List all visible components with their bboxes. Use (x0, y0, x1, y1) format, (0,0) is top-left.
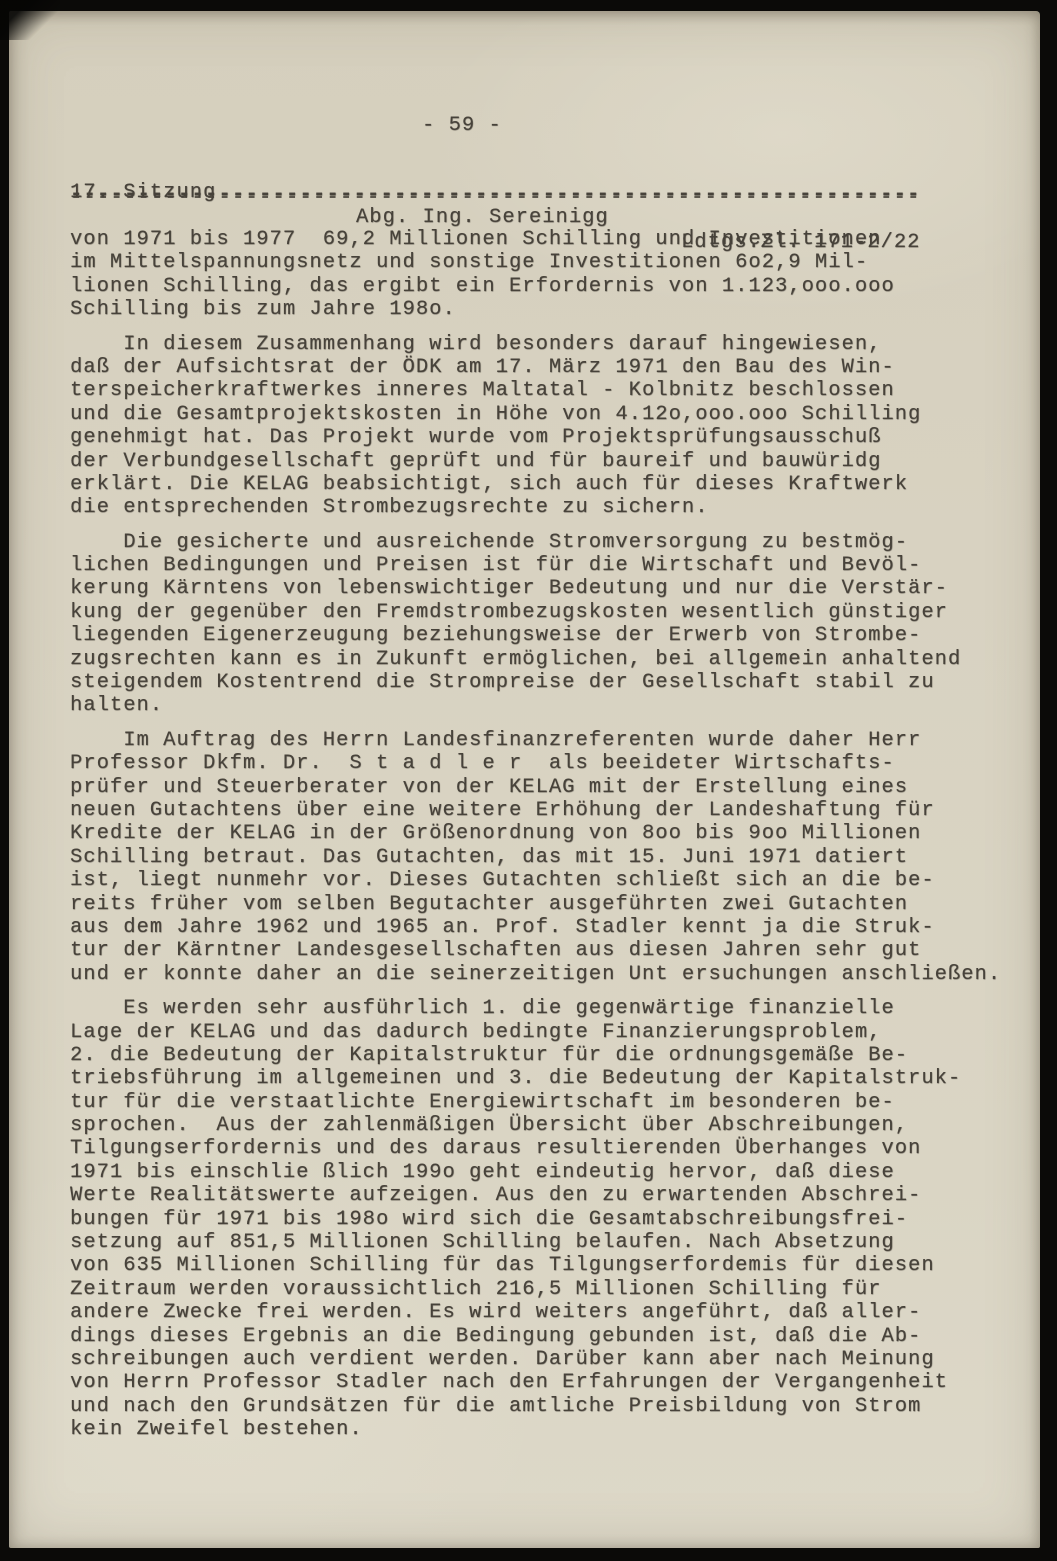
text-line: Im Auftrag des Herrn Landesfinanzreferen… (70, 729, 1022, 752)
text-line: und nach den Grundsätzen für die amtlich… (70, 1395, 1022, 1418)
text-line: kung der gegenüber den Fremdstrombezugsk… (70, 601, 1022, 624)
text-line: aus dem Jahre 1962 und 1965 an. Prof. St… (70, 916, 1022, 939)
text-line: In diesem Zusammenhang wird besonders da… (70, 333, 1022, 356)
text-line: Es werden sehr ausführlich 1. die gegenw… (70, 997, 1022, 1020)
paragraph: Es werden sehr ausführlich 1. die gegenw… (70, 997, 1022, 1441)
text-line: sprochen. Aus der zahlenmäßigen Übersich… (70, 1114, 1022, 1137)
text-line: kein Zweifel bestehen. (70, 1418, 1022, 1441)
text-line: schreibungen auch verdient werden. Darüb… (70, 1348, 1022, 1371)
text-line: Kredite der KELAG in der Größenordnung v… (70, 822, 1022, 845)
text-line: prüfer und Steuerberater von der KELAG m… (70, 776, 1022, 799)
text-line: Die gesicherte und ausreichende Stromver… (70, 531, 1022, 554)
text-line: Werte Realitätswerte aufzeigen. Aus den … (70, 1184, 1022, 1207)
paragraph: In diesem Zusammenhang wird besonders da… (70, 333, 1022, 520)
paragraph: Die gesicherte und ausreichende Stromver… (70, 531, 1022, 718)
text-line: und er konnte daher an die seinerzeitige… (70, 963, 1022, 986)
text-line: lionen Schilling, das ergibt ein Erforde… (70, 275, 1022, 298)
text-line: lichen Bedingungen und Preisen ist für d… (70, 554, 1022, 577)
text-line: Tilgungserfordernis und des daraus resul… (70, 1137, 1022, 1160)
text-line: 1971 bis einschlie ßlich 199o geht einde… (70, 1161, 1022, 1184)
text-line: andere Zwecke frei werden. Es wird weite… (70, 1301, 1022, 1324)
text-line: von Herrn Professor Stadler nach den Erf… (70, 1371, 1022, 1394)
text-line: tur der Kärntner Landesgesellschaften au… (70, 939, 1022, 962)
text-line: der Verbundgesellschaft geprüft und für … (70, 450, 1022, 473)
text-line: von 635 Millionen Schilling für das Tilg… (70, 1254, 1022, 1277)
text-line: liegenden Eigenerzeugung beziehungsweise… (70, 624, 1022, 647)
text-line: neuen Gutachtens über eine weitere Erhöh… (70, 799, 1022, 822)
header-row: 17. Sitzung Abg. Ing. Sereinigg Ldtgs.Zl… (70, 155, 1022, 180)
page-number: - 59 - (422, 114, 1022, 138)
text-line: Professor Dkfm. Dr. S t a d l e r als be… (70, 752, 1022, 775)
text-line: Schilling bis zum Jahre 198o. (70, 298, 1022, 321)
text-line: tur für die verstaatlichte Energiewirtsc… (70, 1091, 1022, 1114)
text-line: kerung Kärntens von lebenswichtiger Bede… (70, 577, 1022, 600)
body-paragraphs: von 1971 bis 1977 69,2 Millionen Schilli… (70, 228, 1022, 1442)
text-line: die entsprechenden Strombezugsrechte zu … (70, 496, 1022, 519)
text-line: setzung auf 851,5 Millionen Schilling be… (70, 1231, 1022, 1254)
text-line: Schilling betraut. Das Gutachten, das mi… (70, 846, 1022, 869)
text-line: und die Gesamtprojektskosten in Höhe von… (70, 403, 1022, 426)
reference-number: Ldtgs.Zl. 171-2/22 (681, 230, 920, 255)
text-line: halten. (70, 694, 1022, 717)
session-label: 17. Sitzung (70, 180, 216, 205)
speaker-label: Abg. Ing. Sereinigg (356, 205, 609, 230)
text-line: bungen für 1971 bis 198o wird sich die G… (70, 1208, 1022, 1231)
text-line: ist, liegt nunmehr vor. Dieses Gutachten… (70, 869, 1022, 892)
text-line: daß der Aufsichtsrat der ÖDK am 17. März… (70, 356, 1022, 379)
text-line: Zeitraum werden voraussichtlich 216,5 Mi… (70, 1278, 1022, 1301)
text-line: steigendem Kostentrend die Strompreise d… (70, 671, 1022, 694)
scanned-page: - 59 - 17. Sitzung Abg. Ing. Sereinigg L… (0, 0, 1057, 1561)
paragraph: Im Auftrag des Herrn Landesfinanzreferen… (70, 729, 1022, 986)
text-line: triebsführung im allgemeinen und 3. die … (70, 1067, 1022, 1090)
text-line: genehmigt hat. Das Projekt wurde vom Pro… (70, 426, 1022, 449)
paper: - 59 - 17. Sitzung Abg. Ing. Sereinigg L… (9, 11, 1040, 1548)
text-line: erklärt. Die KELAG beabsichtigt, sich au… (70, 473, 1022, 496)
text-line: terspeicherkraftwerkes inneres Maltatal … (70, 379, 1022, 402)
text-line: dings dieses Ergebnis an die Bedingung g… (70, 1325, 1022, 1348)
page-content: - 59 - 17. Sitzung Abg. Ing. Sereinigg L… (70, 11, 1022, 1548)
text-line: zugsrechten kann es in Zukunft ermöglich… (70, 648, 1022, 671)
text-line: reits früher vom selben Begutachter ausg… (70, 893, 1022, 916)
text-line: 2. die Bedeutung der Kapitalstruktur für… (70, 1044, 1022, 1067)
text-line: Lage der KELAG und das dadurch bedingte … (70, 1021, 1022, 1044)
